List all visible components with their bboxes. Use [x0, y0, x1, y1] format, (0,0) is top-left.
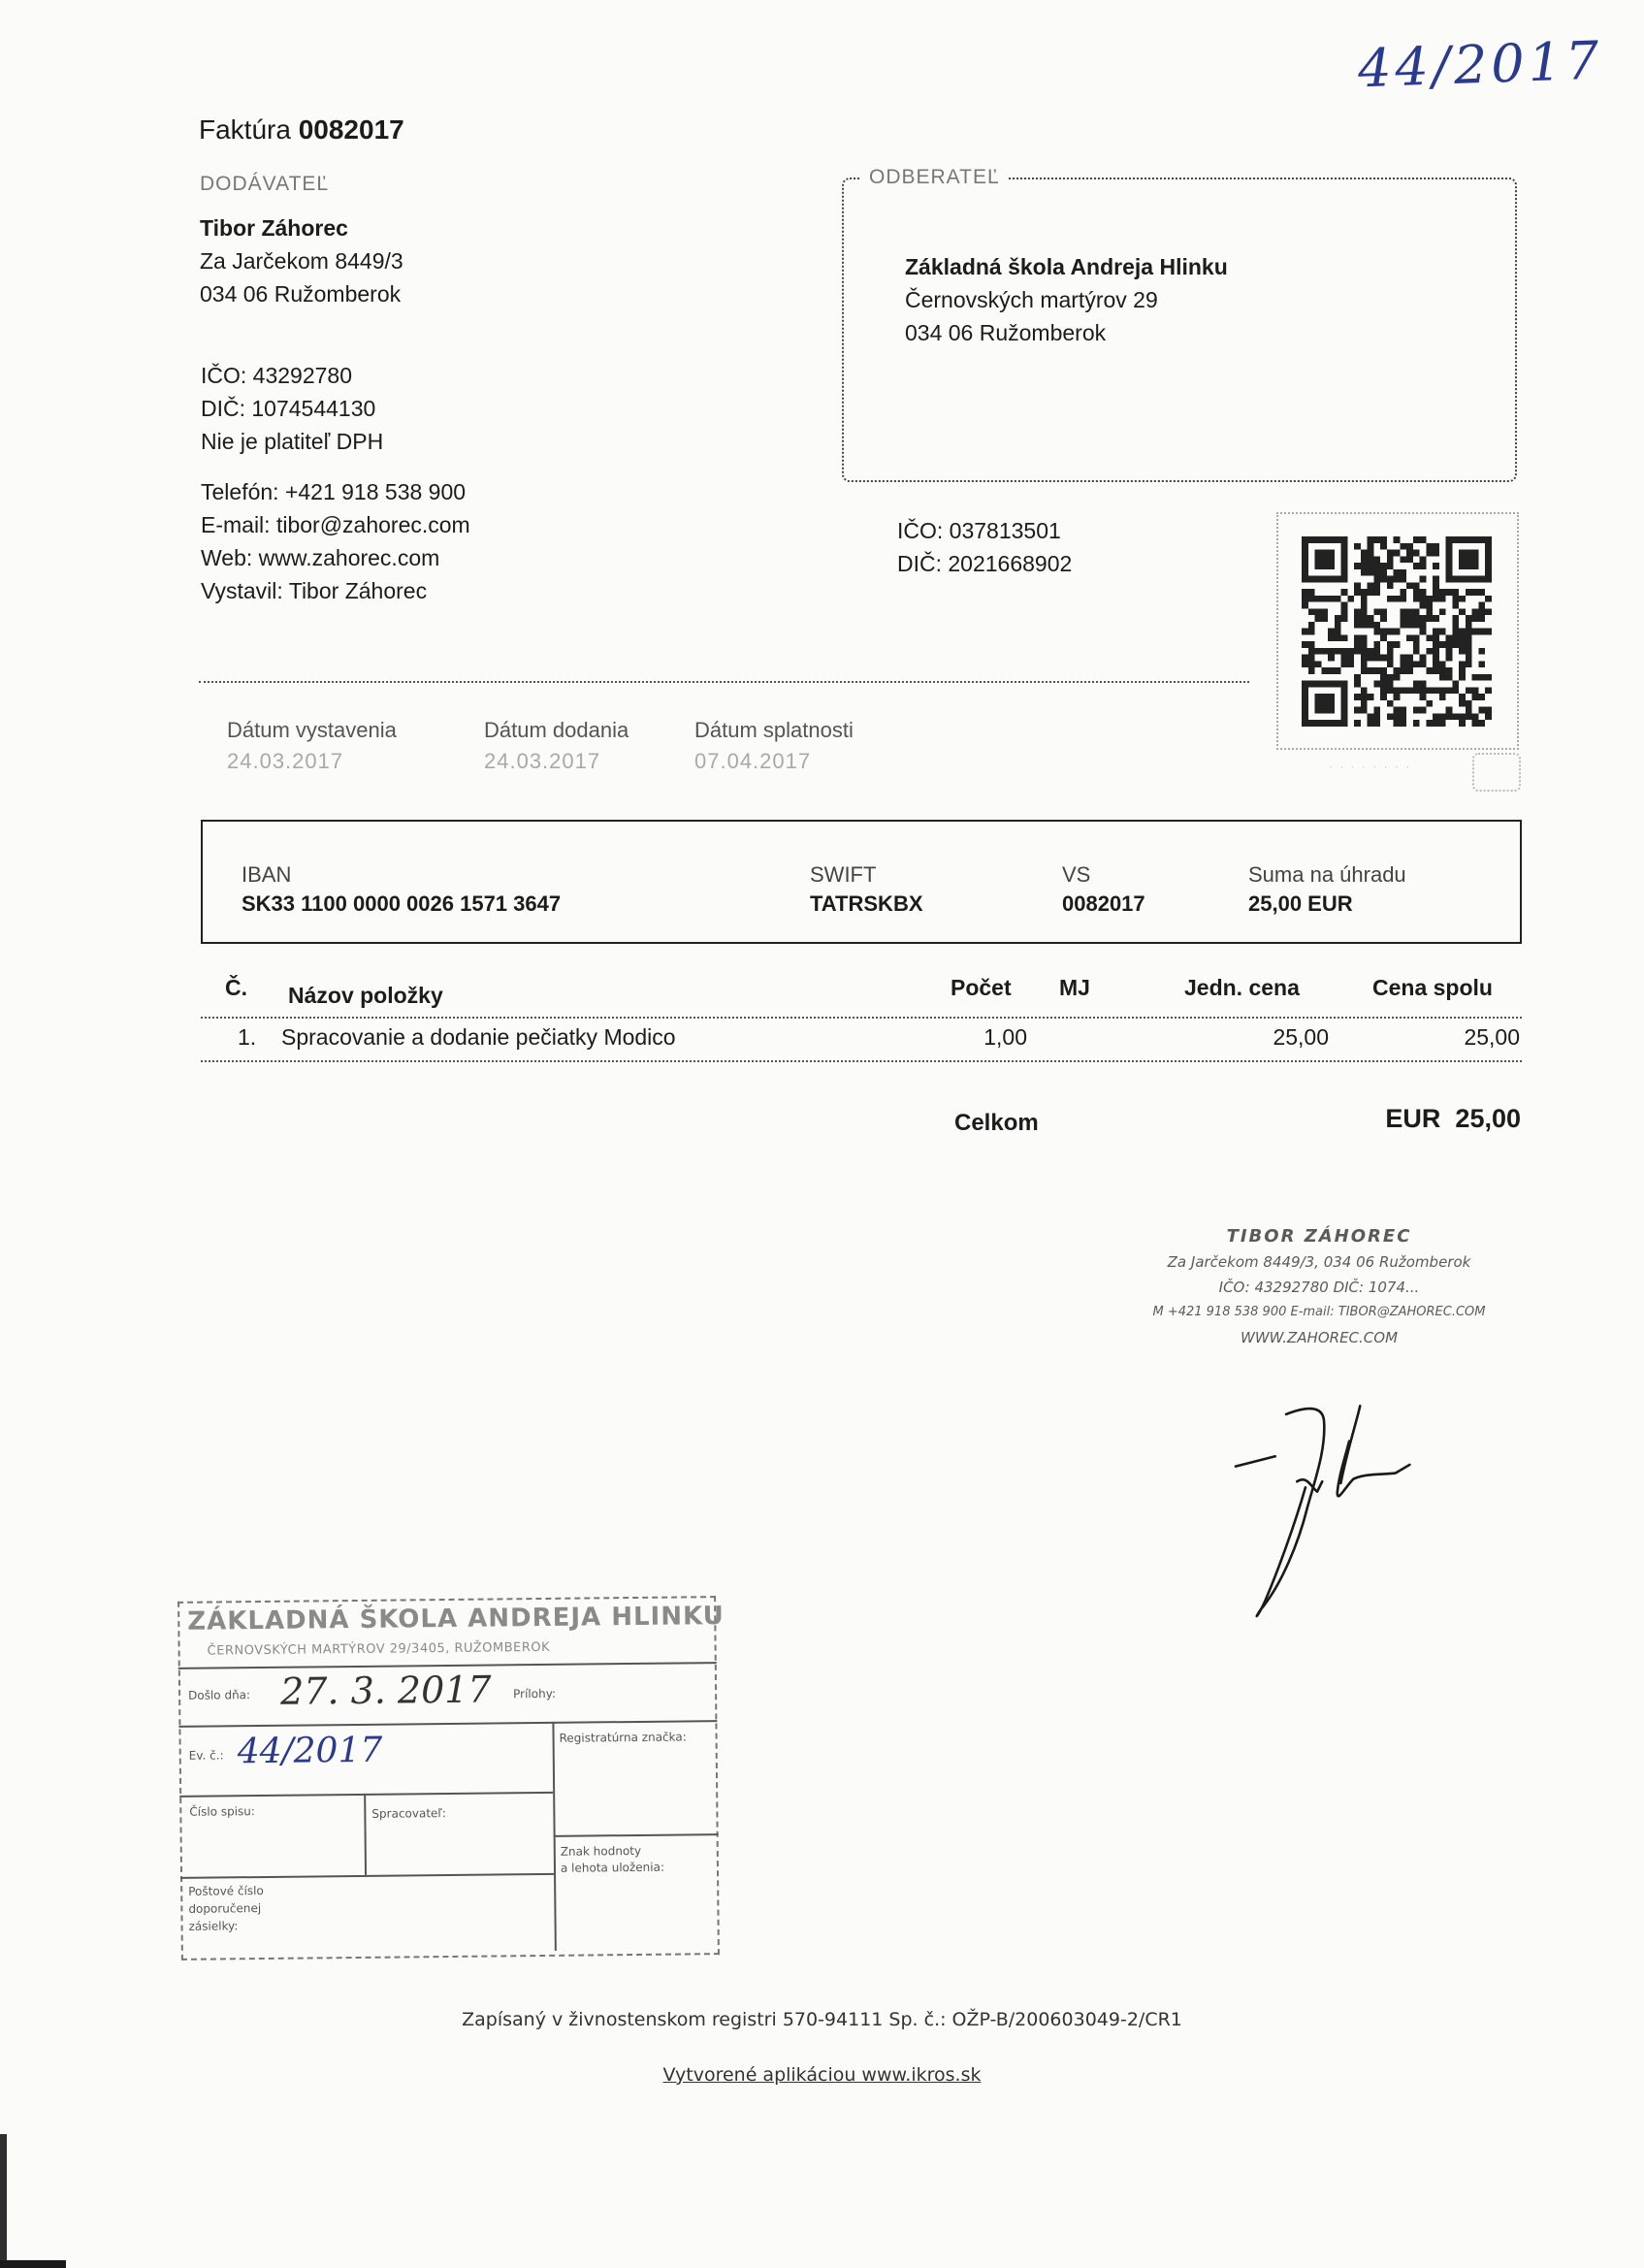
- row-unit-price: 25,00: [1171, 1024, 1329, 1051]
- customer-dic: DIČ: 2021668902: [897, 547, 1072, 580]
- seller-stamp-line: TIBOR ZÁHOREC: [1115, 1224, 1523, 1249]
- date-due-label: Dátum splatnosti: [694, 718, 854, 743]
- scan-edge: [0, 2260, 66, 2268]
- supplier-web: Web: www.zahorec.com: [201, 541, 470, 574]
- customer-street: Černovských martýrov 29: [905, 283, 1228, 316]
- supplier-contact: Telefón: +421 918 538 900 E-mail: tibor@…: [201, 475, 470, 607]
- seller-stamp-line: M +421 918 538 900 E-mail: TIBOR@ZAHOREC…: [1115, 1300, 1523, 1325]
- col-total: Cena spolu: [1372, 975, 1493, 1001]
- table-header-rule: [201, 1017, 1522, 1019]
- vs-value: 0082017: [1062, 891, 1145, 917]
- retention-label-1: Znak hodnoty: [561, 1844, 641, 1859]
- customer-ico: IČO: 037813501: [897, 514, 1072, 547]
- supplier-city: 034 06 Ružomberok: [200, 277, 403, 310]
- customer-section-label: ODBERATEĽ: [861, 166, 1008, 189]
- ev-number-label: Ev. č.:: [189, 1748, 224, 1762]
- seller-stamp: TIBOR ZÁHOREC Za Jarčekom 8449/3, 034 06…: [1115, 1224, 1523, 1350]
- postal-label-3: zásielky:: [189, 1919, 239, 1933]
- row-number: 1.: [238, 1024, 256, 1051]
- supplier-phone: Telefón: +421 918 538 900: [201, 475, 470, 508]
- swift-field: SWIFT TATRSKBX: [810, 862, 923, 917]
- invoice-title: Faktúra 0082017: [199, 114, 404, 146]
- supplier-address: Tibor Záhorec Za Jarčekom 8449/3 034 06 …: [200, 211, 403, 310]
- col-qty: Počet: [951, 975, 1012, 1001]
- registry-mark-label: Registratúrna značka:: [560, 1730, 687, 1744]
- handled-by-label: Spracovateľ:: [371, 1806, 446, 1821]
- seller-stamp-line: Za Jarčekom 8449/3, 034 06 Ružomberok: [1115, 1249, 1523, 1275]
- supplier-name: Tibor Záhorec: [200, 211, 403, 244]
- supplier-section-label: DODÁVATEĽ: [200, 173, 329, 196]
- col-number: Č.: [225, 975, 247, 1001]
- received-date: 27. 3. 2017: [280, 1669, 492, 1713]
- postal-label-1: Poštové číslo: [188, 1884, 264, 1898]
- total-label: Celkom: [954, 1110, 1039, 1137]
- date-delivered-value: 24.03.2017: [484, 749, 629, 774]
- total-value: EUR 25,00: [1338, 1104, 1521, 1134]
- swift-value: TATRSKBX: [810, 891, 923, 917]
- customer-ids: IČO: 037813501 DIČ: 2021668902: [897, 514, 1072, 580]
- amount-field: Suma na úhradu 25,00 EUR: [1248, 862, 1406, 917]
- date-delivered: Dátum dodania 24.03.2017: [484, 718, 629, 774]
- col-unit-price: Jedn. cena: [1184, 975, 1300, 1001]
- customer-address: Základná škola Andreja Hlinku Černovskýc…: [905, 250, 1228, 349]
- scan-edge: [0, 2134, 7, 2268]
- registry-stamp-organization: ZÁKLADNÁ ŠKOLA ANDREJA HLINKU: [187, 1602, 725, 1636]
- supplier-vat-status: Nie je platiteľ DPH: [201, 425, 383, 458]
- invoice-number: 0082017: [299, 114, 404, 145]
- date-issued-value: 24.03.2017: [227, 749, 397, 774]
- supplier-ids: IČO: 43292780 DIČ: 1074544130 Nie je pla…: [201, 359, 383, 458]
- customer-name: Základná škola Andreja Hlinku: [905, 250, 1228, 283]
- amount-label: Suma na úhradu: [1248, 862, 1406, 888]
- col-name: Názov položky: [288, 983, 443, 1009]
- row-qty: 1,00: [880, 1024, 1027, 1051]
- date-due-value: 07.04.2017: [694, 749, 854, 774]
- amount-value: 25,00 EUR: [1248, 891, 1406, 917]
- attachments-label: Prílohy:: [513, 1687, 556, 1701]
- postal-label-2: doporučenej: [188, 1901, 261, 1916]
- handwritten-registry-number: 44/2017: [1357, 30, 1603, 100]
- date-due: Dátum splatnosti 07.04.2017: [694, 718, 854, 774]
- row-name: Spracovanie a dodanie pečiatky Modico: [281, 1024, 676, 1051]
- qr-caption: · · · · · · · ·: [1329, 760, 1411, 773]
- supplier-dic: DIČ: 1074544130: [201, 392, 383, 425]
- retention-label-2: a lehota uloženia:: [561, 1861, 664, 1875]
- date-delivered-label: Dátum dodania: [484, 718, 629, 743]
- date-issued-label: Dátum vystavenia: [227, 718, 397, 743]
- issued-by: Vystavil: Tibor Záhorec: [201, 574, 470, 607]
- payment-box: IBAN SK33 1100 0000 0026 1571 3647 SWIFT…: [201, 820, 1522, 944]
- iban-value: SK33 1100 0000 0026 1571 3647: [242, 891, 561, 917]
- supplier-email: E-mail: tibor@zahorec.com: [201, 508, 470, 541]
- received-label: Došlo dňa:: [188, 1688, 250, 1702]
- vs-label: VS: [1062, 862, 1145, 888]
- invoice-title-prefix: Faktúra: [199, 114, 291, 145]
- iban-field: IBAN SK33 1100 0000 0026 1571 3647: [242, 862, 561, 917]
- divider: [199, 681, 1249, 683]
- row-total: 25,00: [1365, 1024, 1520, 1051]
- signature-icon: [1208, 1382, 1440, 1635]
- customer-city: 034 06 Ružomberok: [905, 316, 1228, 349]
- swift-label: SWIFT: [810, 862, 923, 888]
- registry-stamp: ZÁKLADNÁ ŠKOLA ANDREJA HLINKU ČERNOVSKÝC…: [177, 1596, 720, 1960]
- footer-registration: Zapísaný v živnostenskom registri 570-94…: [0, 2009, 1644, 2030]
- supplier-ico: IČO: 43292780: [201, 359, 383, 392]
- seller-stamp-line: IČO: 43292780 DIČ: 1074...: [1115, 1275, 1523, 1300]
- ev-number-value: 44/2017: [237, 1731, 382, 1772]
- date-issued: Dátum vystavenia 24.03.2017: [227, 718, 397, 774]
- table-row-rule: [201, 1060, 1522, 1062]
- vs-field: VS 0082017: [1062, 862, 1145, 917]
- qr-code-icon: [1302, 536, 1492, 727]
- footer-created-with-link[interactable]: Vytvorené aplikáciou www.ikros.sk: [0, 2064, 1644, 2086]
- seller-stamp-line: WWW.ZAHOREC.COM: [1115, 1325, 1523, 1350]
- file-number-label: Číslo spisu:: [189, 1804, 255, 1819]
- col-unit: MJ: [1059, 975, 1090, 1001]
- pay-by-square-logo-icon: [1472, 753, 1521, 792]
- iban-label: IBAN: [242, 862, 561, 888]
- supplier-street: Za Jarčekom 8449/3: [200, 244, 403, 277]
